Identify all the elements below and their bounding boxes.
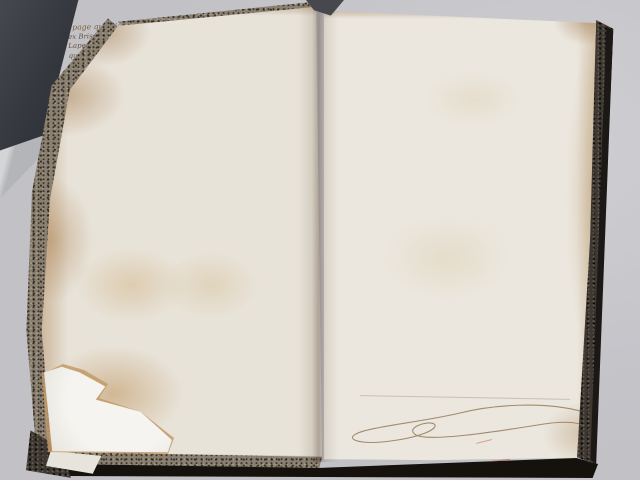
right-page xyxy=(324,9,596,461)
gutter-shadow xyxy=(298,4,338,462)
archival-manuscript-scan: page quatriemeanno 1743. et 1744. ex Bri… xyxy=(0,0,640,480)
pen-flourish xyxy=(342,401,592,447)
